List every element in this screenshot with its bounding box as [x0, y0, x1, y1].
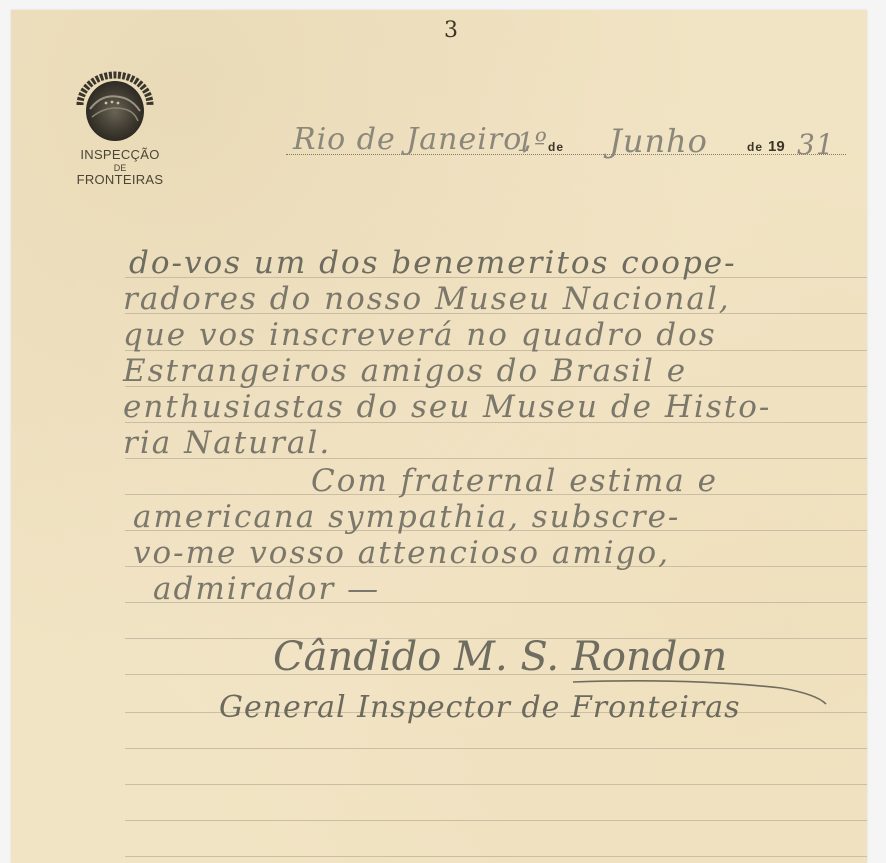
dateline-month: Junho	[609, 122, 708, 160]
letterhead-line-1: INSPECÇÃO	[61, 148, 179, 163]
dateline-year-printed: 19	[768, 138, 785, 155]
letterhead: INSPECÇÃO DE FRONTEIRAS	[61, 148, 179, 188]
dateline-day: 1º	[517, 128, 548, 158]
body-line: vo-me vosso attencioso amigo,	[133, 535, 670, 571]
page-number: 3	[444, 18, 458, 43]
letterhead-line-3: FRONTEIRAS	[61, 173, 179, 188]
ruled-line	[125, 820, 867, 821]
signature-title: General Inspector de Fronteiras	[219, 690, 741, 725]
signature-name: Cândido M. S. Rondon	[273, 634, 727, 680]
dateline-place: Rio de Janeiro,	[293, 122, 533, 157]
document-frame: 3 INSPECÇÃO DE FRONTEIRAS	[0, 0, 886, 863]
body-line: admirador —	[153, 571, 380, 607]
ruled-line	[125, 748, 867, 749]
body-line: ria Natural.	[123, 425, 331, 461]
body-line: Estrangeiros amigos do Brasil e	[123, 353, 687, 389]
letter-page: 3 INSPECÇÃO DE FRONTEIRAS	[11, 10, 867, 863]
body-line: radores do nosso Museu Nacional,	[123, 281, 731, 317]
coat-of-arms-seal-icon	[72, 71, 158, 143]
dateline-year-handwritten: 31	[797, 128, 835, 161]
dateline-printed-de: de	[747, 140, 763, 154]
body-line: Com fraternal estima e	[311, 463, 718, 499]
body-line: enthusiastas do seu Museu de Histo-	[123, 389, 771, 425]
ruled-line	[125, 856, 867, 857]
body-line: do-vos um dos benemeritos coope-	[129, 245, 737, 281]
body-line: americana sympathia, subscre-	[133, 499, 680, 535]
body-line: que vos inscreverá no quadro dos	[123, 317, 717, 353]
ruled-line	[125, 784, 867, 785]
dateline-printed-de: de	[548, 140, 564, 154]
